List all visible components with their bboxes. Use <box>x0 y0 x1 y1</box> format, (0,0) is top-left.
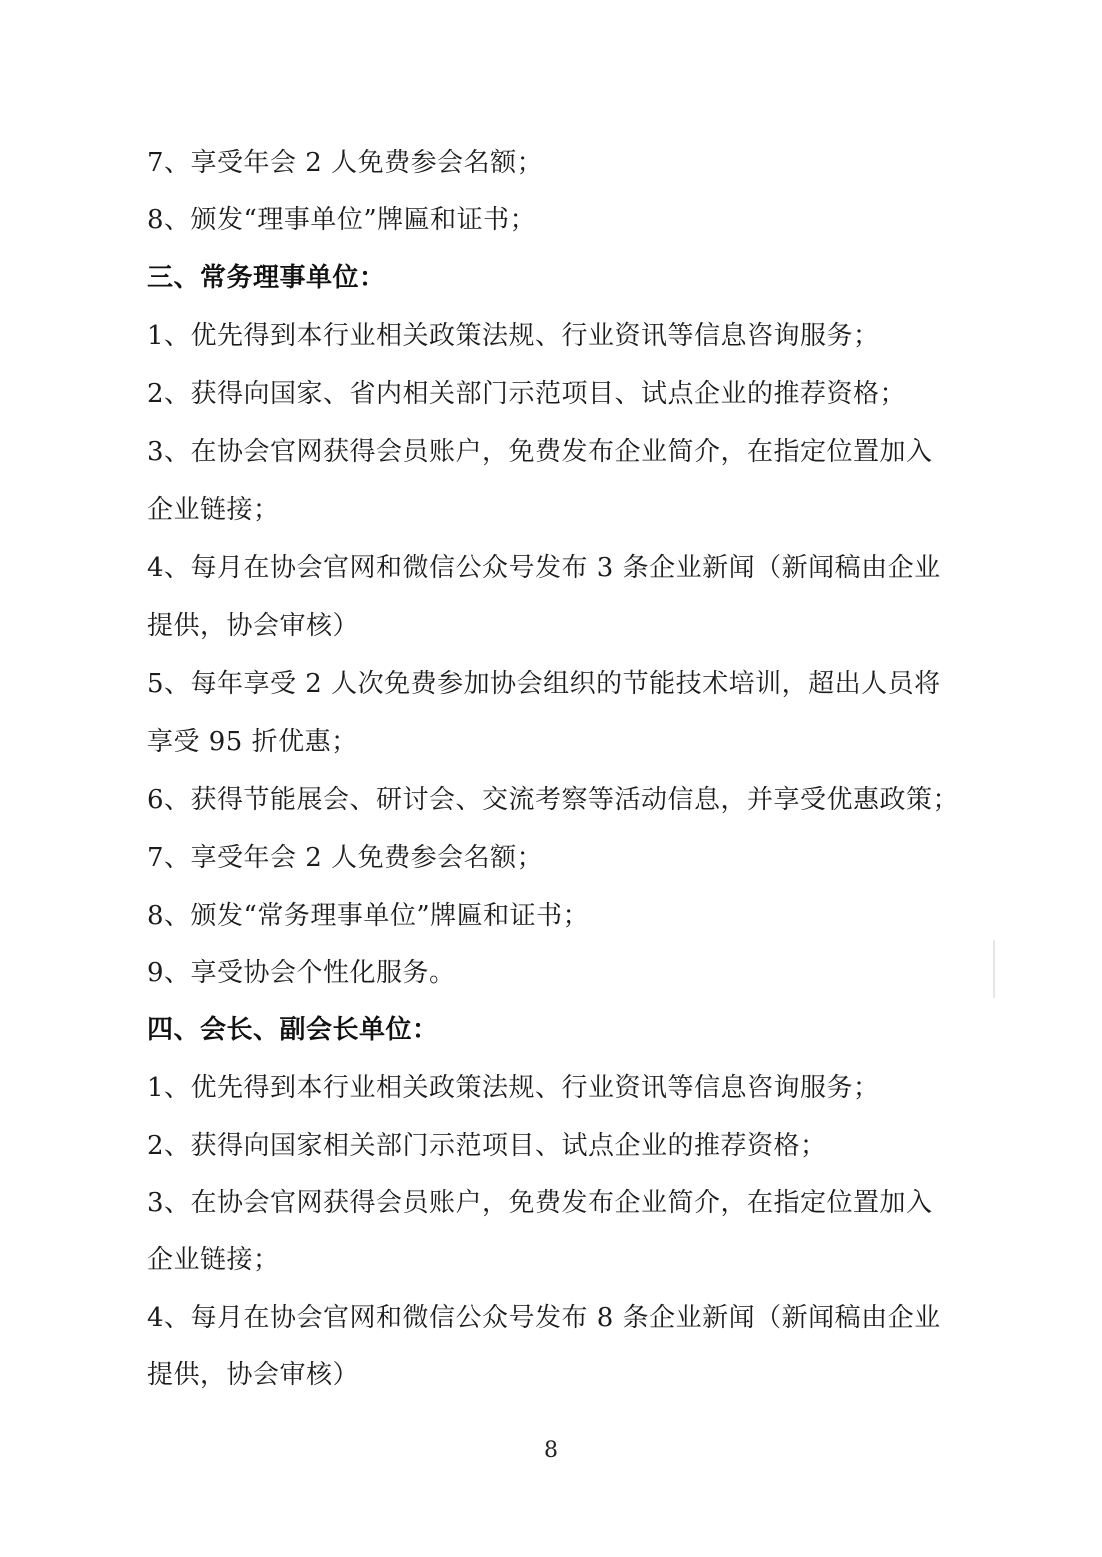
document-page: 7、享受年会 2 人免费参会名额； 8、颁发“理事单位”牌匾和证书； 三、常务理… <box>0 0 1102 1557</box>
list-item-continuation: 享受 95 折优惠； <box>147 726 358 758</box>
list-item: 5、每年享受 2 人次免费参加协会组织的节能技术培训，超出人员将 <box>147 668 941 700</box>
section-heading-president: 四、会长、副会长单位： <box>147 1014 439 1046</box>
list-item: 6、获得节能展会、研讨会、交流考察等活动信息，并享受优惠政策； <box>147 784 959 816</box>
list-item: 1、优先得到本行业相关政策法规、行业资讯等信息咨询服务； <box>147 1072 880 1104</box>
list-item: 4、每月在协会官网和微信公众号发布 3 条企业新闻（新闻稿由企业 <box>147 552 941 584</box>
section-heading-standing-director: 三、常务理事单位： <box>147 262 386 294</box>
list-item: 2、获得向国家相关部门示范项目、试点企业的推荐资格； <box>147 1130 827 1162</box>
scan-artifact-line <box>993 940 995 998</box>
list-item-continuation: 企业链接； <box>147 1244 280 1276</box>
list-item-continuation: 企业链接； <box>147 494 280 526</box>
list-item-continuation: 提供，协会审核） <box>147 1359 359 1391</box>
list-item: 8、颁发“理事单位”牌匾和证书； <box>147 204 536 236</box>
list-item: 3、在协会官网获得会员账户，免费发布企业简介，在指定位置加入 <box>147 1187 933 1219</box>
list-item: 7、享受年会 2 人免费参会名额； <box>147 842 543 874</box>
list-item: 3、在协会官网获得会员账户，免费发布企业简介，在指定位置加入 <box>147 436 933 468</box>
page-number: 8 <box>0 1437 1102 1465</box>
list-item: 1、优先得到本行业相关政策法规、行业资讯等信息咨询服务； <box>147 320 880 352</box>
list-item: 8、颁发“常务理事单位”牌匾和证书； <box>147 900 589 932</box>
list-item: 2、获得向国家、省内相关部门示范项目、试点企业的推荐资格； <box>147 378 906 410</box>
list-item-continuation: 提供，协会审核） <box>147 610 359 642</box>
list-item: 9、享受协会个性化服务。 <box>147 957 456 989</box>
list-item: 4、每月在协会官网和微信公众号发布 8 条企业新闻（新闻稿由企业 <box>147 1302 941 1334</box>
list-item: 7、享受年会 2 人免费参会名额； <box>147 147 543 179</box>
